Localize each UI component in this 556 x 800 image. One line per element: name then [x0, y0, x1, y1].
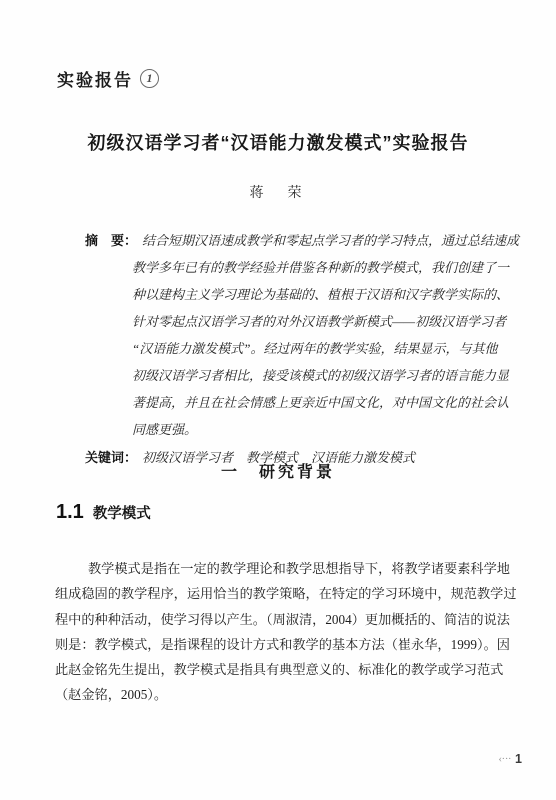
abstract-line: 种以建构主义学习理论为基础的、植根于汉语和汉字教学实际的、 [132, 281, 509, 308]
abstract-line: 针对零起点汉语学习者的对外汉语教学新模式——初级汉语学习者 [132, 308, 509, 335]
abstract-line: 著提高，并且在社会情感上更亲近中国文化，对中国文化的社会认 [132, 389, 509, 416]
body-line: 组成稳固的教学程序，运用恰当的教学策略，在特定的学习环境中，规范教学过 [55, 581, 509, 606]
arrow-dots-icon: ‹··· [498, 753, 511, 765]
abstract-line: 教学多年已有的教学经验并借鉴各种新的教学模式，我们创建了一 [132, 254, 509, 281]
subsection-heading: 1.1 教学模式 [56, 501, 151, 524]
page-number-footer: ‹··· 1 [498, 752, 522, 766]
abstract-line: 同感更强。 [132, 416, 509, 443]
body-line: 此赵金铭先生提出，教学模式是指具有典型意义的、标准化的教学或学习范式 [55, 657, 509, 682]
paper-page: 实验报告 1 初级汉语学习者“汉语能力激发模式”实验报告 蒋 荣 摘 要：结合短… [0, 0, 556, 800]
running-header: 实验报告 1 [57, 66, 159, 91]
running-header-label: 实验报告 [57, 66, 133, 91]
abstract-label: 摘 要： [85, 233, 137, 248]
body-line: （赵金铭，2005）。 [55, 682, 509, 707]
subsection-title: 教学模式 [93, 502, 151, 523]
body-paragraph: 教学模式是指在一定的教学理论和教学思想指导下，将教学诸要素科学地 组成稳固的教学… [55, 556, 509, 708]
circled-number-badge: 1 [140, 69, 159, 88]
paper-title: 初级汉语学习者“汉语能力激发模式”实验报告 [0, 129, 556, 155]
abstract-line: “汉语能力激发模式”。经过两年的教学实验，结果显示，与其他 [132, 335, 509, 362]
abstract-text: 结合短期汉语速成教学和零起点学习者的学习特点，通过总结速成 [142, 233, 519, 248]
author-name: 蒋 荣 [0, 182, 556, 202]
body-line: 程中的种种活动，使学习得以产生。（周淑清，2004）更加概括的、简洁的说法 [55, 607, 509, 632]
section-heading: 一 研究背景 [0, 459, 556, 482]
page-number: 1 [515, 752, 522, 766]
body-line: 则是：教学模式，是指课程的设计方式和教学的基本方法（崔永华，1999）。因 [55, 632, 509, 657]
abstract-line: 摘 要：结合短期汉语速成教学和零起点学习者的学习特点，通过总结速成 [85, 227, 509, 254]
abstract-line: 初级汉语学习者相比，接受该模式的初级汉语学习者的语言能力显 [132, 362, 509, 389]
abstract-block: 摘 要：结合短期汉语速成教学和零起点学习者的学习特点，通过总结速成 教学多年已有… [85, 227, 509, 471]
body-line: 教学模式是指在一定的教学理论和教学思想指导下，将教学诸要素科学地 [55, 556, 509, 581]
subsection-number: 1.1 [56, 501, 84, 524]
